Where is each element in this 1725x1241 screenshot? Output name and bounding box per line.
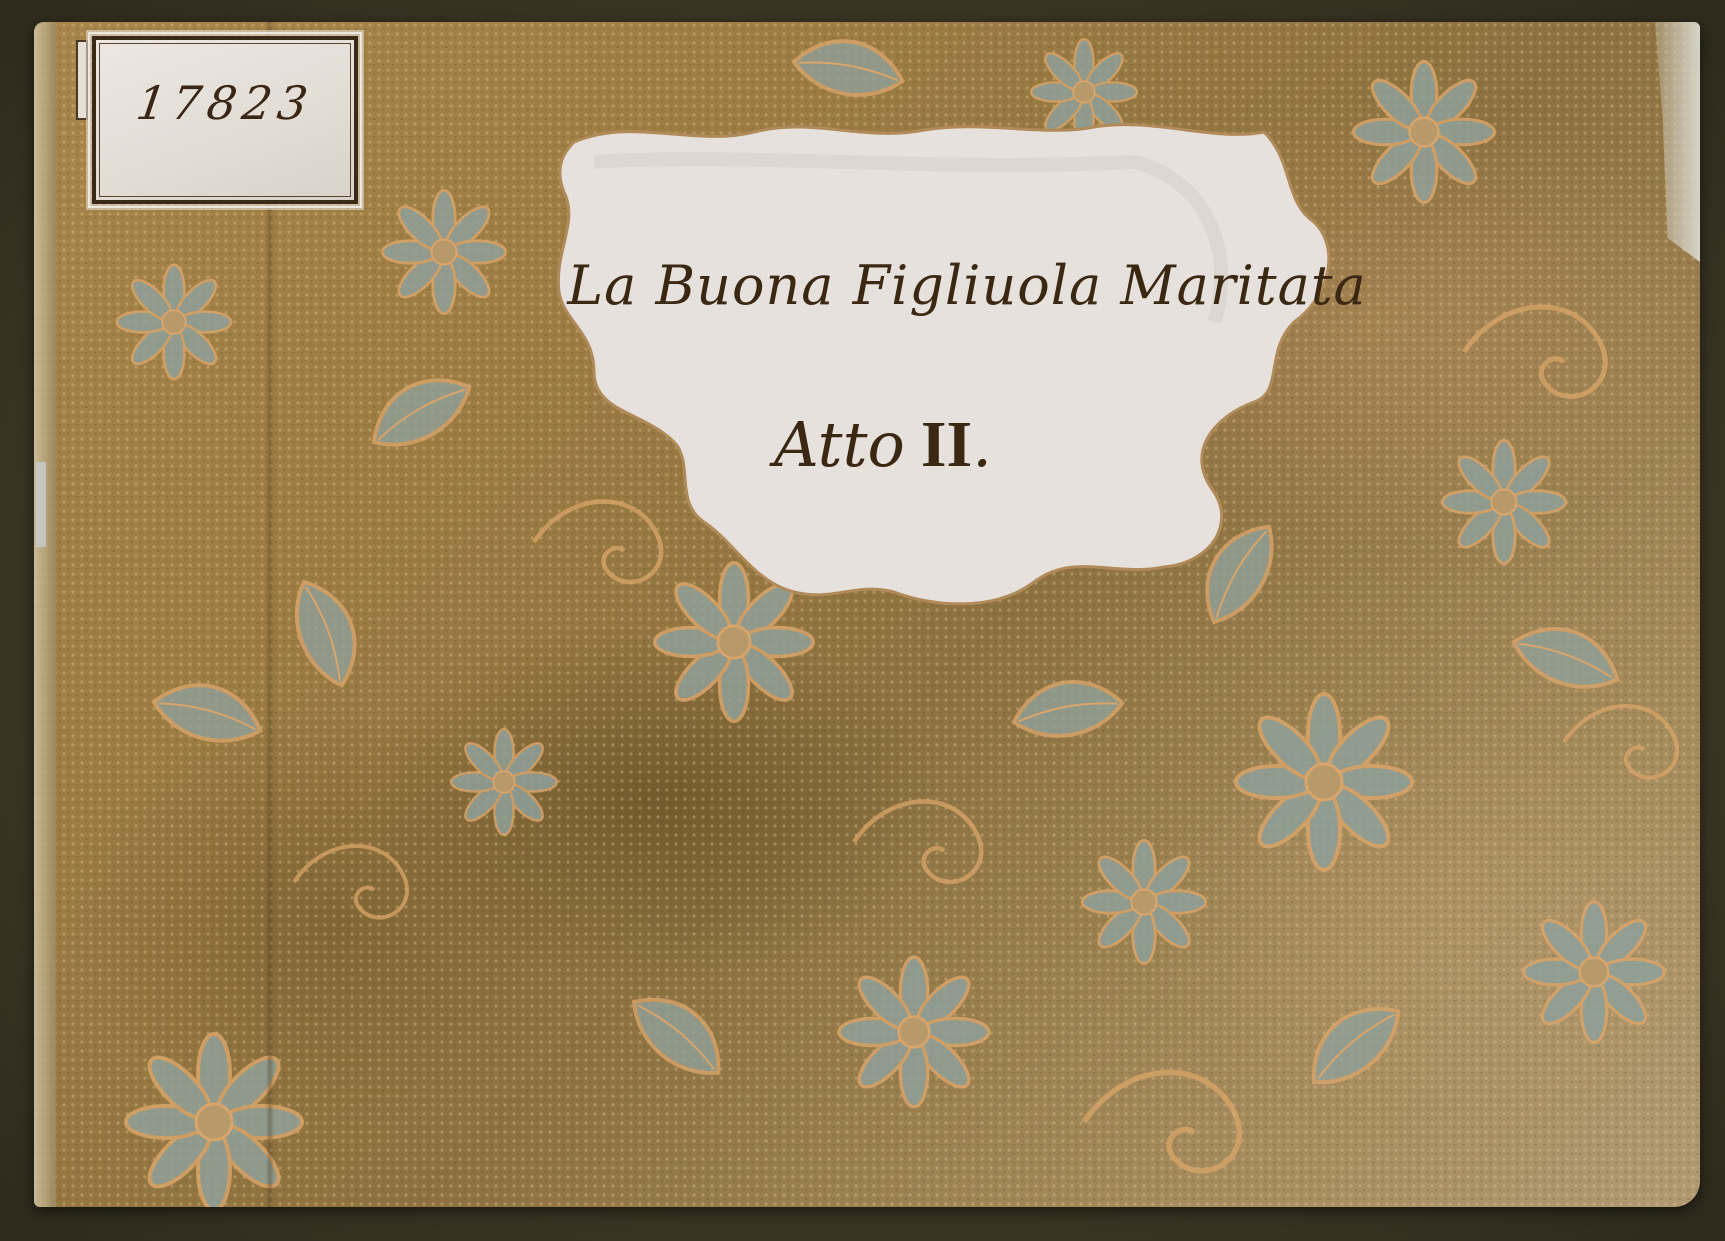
title-label: La Buona Figliuola Maritata AttoII.: [34, 22, 1700, 1207]
act-designation: AttoII.: [774, 407, 1104, 483]
act-number: II: [921, 408, 972, 481]
photo-scene: 17823 La Buona Figliuola Maritata AttoII…: [0, 0, 1725, 1241]
act-word: Atto: [774, 408, 905, 481]
act-suffix: .: [972, 408, 992, 481]
book-cover: 17823 La Buona Figliuola Maritata AttoII…: [34, 22, 1700, 1207]
work-title: La Buona Figliuola Maritata: [552, 254, 1382, 317]
